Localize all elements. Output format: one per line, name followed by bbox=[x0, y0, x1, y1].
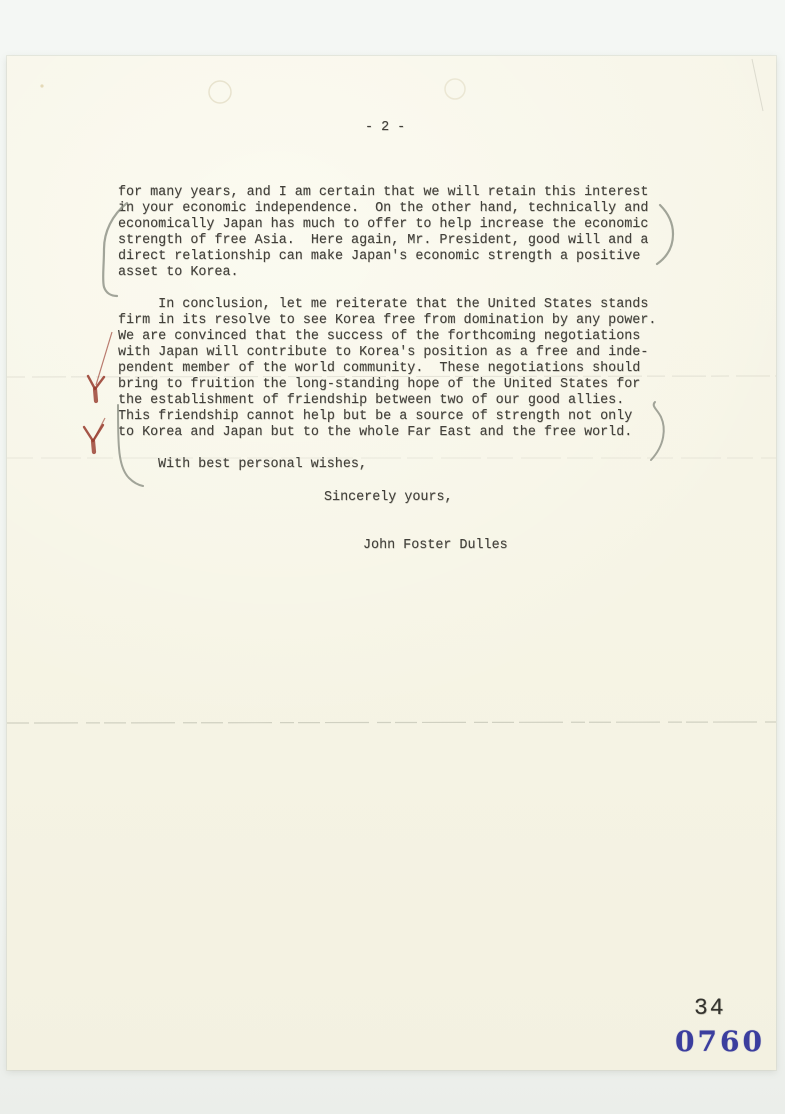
pencil-close-bracket-paragraph-1 bbox=[657, 205, 673, 264]
scanned-letter-background: { "letter": { "page_heading": "- 2 -", "… bbox=[0, 0, 785, 1114]
archive-serial-stamp: 0760 bbox=[675, 1027, 765, 1057]
red-check-v bbox=[84, 425, 103, 441]
letter-page: - 2 - for many years, and I am certain t… bbox=[7, 56, 776, 1070]
red-check-blob bbox=[93, 441, 94, 452]
red-check-v bbox=[88, 376, 104, 389]
letter-paragraph-1: for many years, and I am certain that we… bbox=[118, 185, 648, 281]
paper-speck bbox=[40, 84, 43, 87]
letter-closing-line: With best personal wishes, bbox=[158, 457, 367, 473]
page-number-stamp: 34 bbox=[694, 995, 726, 1021]
red-check-mark-2 bbox=[84, 418, 105, 452]
signature-name: John Foster Dulles bbox=[363, 538, 508, 554]
page-number-heading: - 2 - bbox=[365, 120, 405, 136]
red-check-mark-1 bbox=[88, 332, 112, 401]
punch-hole-ghost-left bbox=[209, 81, 231, 103]
red-check-tail-line bbox=[94, 418, 105, 439]
letter-paragraph-2: In conclusion, let me reiterate that the… bbox=[118, 297, 656, 441]
red-check-blob bbox=[95, 389, 96, 401]
letter-salutation: Sincerely yours, bbox=[324, 490, 453, 506]
corner-crease bbox=[752, 59, 763, 111]
punch-hole-ghost-right bbox=[445, 79, 465, 99]
fold-line-main bbox=[7, 722, 776, 723]
red-check-tail-line bbox=[96, 332, 112, 385]
